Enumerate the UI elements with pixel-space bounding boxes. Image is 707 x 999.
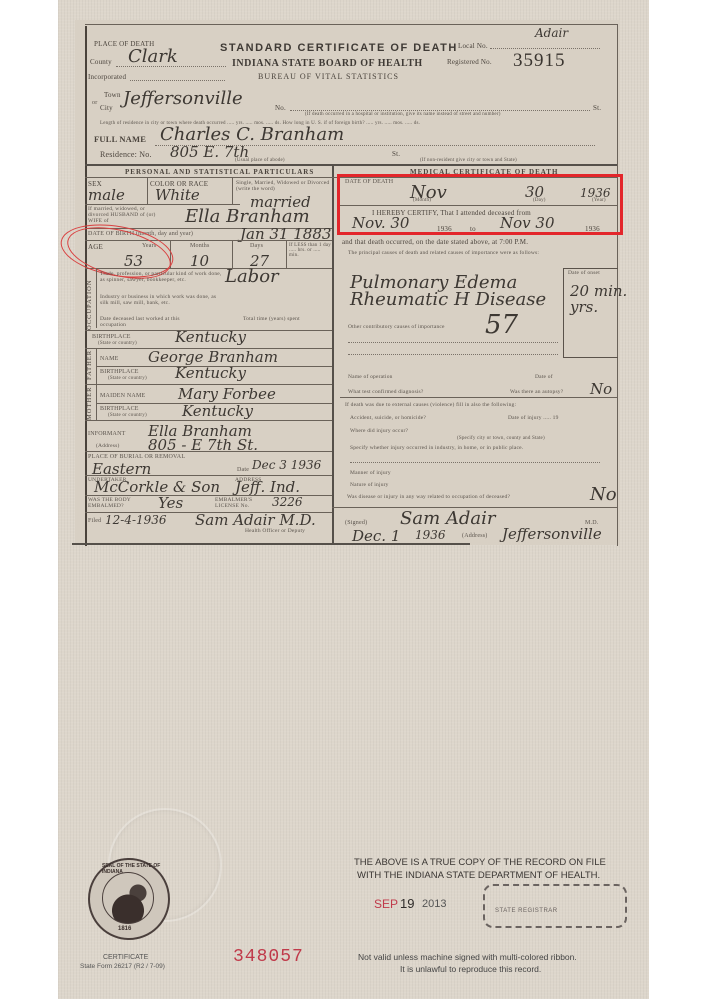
filed-date-value: 12-4-1936 (105, 513, 167, 527)
manner-label: Manner of injury (350, 470, 391, 476)
signed-value: Sam Adair (400, 508, 495, 529)
residence-st-label: St. (392, 150, 400, 158)
onset-label: Date of onset (568, 270, 608, 276)
county-value: Clark (128, 46, 178, 67)
trade-value: Labor (225, 266, 279, 287)
hospital-note: (If death occurred in a hospital or inst… (305, 112, 501, 117)
informant-address-label: (Address) (96, 443, 120, 449)
nature-label: Nature of injury (350, 482, 389, 488)
where-injury-sub: (Specify city or town, county and State) (457, 436, 545, 441)
injury-date-label: Date of injury ..... 19 (508, 415, 559, 421)
residence-label: Residence: No. (100, 150, 152, 159)
occurred-text: and that death occurred, on the date sta… (342, 238, 528, 246)
onset-2-value: yrs. (570, 298, 598, 316)
validity-line-1: Not valid unless machine signed with mul… (358, 952, 577, 962)
father-side-label: FATHER (86, 350, 93, 380)
trade-label: Trade, profession, or particular kind of… (100, 271, 225, 283)
mother-maiden-value: Mary Forbee (178, 385, 276, 403)
birthplace-sub-label: (State or country) (98, 341, 137, 346)
external-causes-label: If death was due to external causes (vio… (345, 402, 516, 408)
birthplace-value: Kentucky (175, 328, 246, 346)
total-time-label: Total time (years) spent (243, 316, 323, 322)
mother-birthplace-label: BIRTHPLACE (100, 406, 139, 412)
burial-date-value: Dec 3 1936 (252, 458, 321, 472)
state-registrar-stamp: STATE REGISTRAR (483, 884, 627, 928)
spouse-value: Ella Branham (185, 206, 310, 227)
street-no-label: No. (275, 104, 286, 112)
accident-label: Accident, suicide, or homicide? (350, 415, 426, 421)
true-copy-line-2: WITH THE INDIANA STATE DEPARTMENT OF HEA… (357, 870, 600, 881)
center-divider (332, 164, 334, 544)
date-last-worked-label: Date deceased last worked at this occupa… (100, 316, 190, 328)
city-value: Jeffersonville (123, 88, 243, 109)
signed-address-label: (Address) (462, 533, 487, 539)
issue-date-month: SEP (374, 897, 398, 911)
seal-emblem-icon (102, 872, 154, 924)
test-label: What test confirmed diagnosis? (348, 389, 424, 395)
form-bottom-border (72, 543, 470, 545)
full-name-label: FULL NAME (94, 134, 146, 144)
marital-status-label: Single, Married, Widowed or Divorced (wr… (236, 180, 331, 192)
autopsy-label: Was there an autopsy? (510, 389, 563, 395)
occupation-side-label: OCCUPATION (86, 279, 93, 330)
seal-ring-text: SEAL OF THE STATE OF INDIANA (102, 863, 168, 875)
certificate-label: CERTIFICATE (103, 954, 148, 961)
city-label: City (100, 104, 113, 112)
health-officer-label: Health Officer or Deputy (245, 528, 305, 534)
town-label: Town (104, 91, 121, 99)
sex-value: male (88, 186, 125, 204)
registered-no-value: 35915 (513, 50, 566, 72)
board-of-health-title: INDIANA STATE BOARD OF HEALTH (232, 58, 423, 69)
embalmed-label: WAS THE BODY EMBALMED? (88, 497, 148, 509)
undertaker-address-value: Jeff. Ind. (235, 478, 300, 496)
mother-birthplace-value: Kentucky (182, 402, 253, 420)
certificate-number: 348057 (233, 947, 304, 967)
usual-abode-note: (Usual place of abode) (235, 158, 285, 163)
bureau-title: BUREAU OF VITAL STATISTICS (258, 72, 399, 81)
operation-date-label: Date of (535, 374, 553, 380)
specify-injury-label: Specify whether injury occurred in indus… (350, 445, 523, 451)
date-of-death-highlight-box (337, 174, 623, 235)
informant-label: INFORMANT (88, 431, 125, 437)
validity-line-2: It is unlawful to reproduce this record. (400, 964, 541, 974)
embalmed-value: Yes (158, 494, 183, 512)
autopsy-value: No (590, 380, 612, 398)
personal-section-title: PERSONAL AND STATISTICAL PARTICULARS (125, 168, 314, 176)
occupation-related-label: Was disease or injury in any way related… (347, 494, 510, 500)
occupation-related-value: No (590, 484, 617, 505)
state-form-label: State Form 26217 (R2 / 7-09) (80, 963, 165, 970)
age-days-label: Days (250, 243, 263, 249)
true-copy-line-1: THE ABOVE IS A TRUE COPY OF THE RECORD O… (354, 857, 606, 868)
where-injury-label: Where did injury occur? (350, 428, 408, 434)
seal-year: 1816 (118, 926, 131, 932)
contributory-value: 57 (485, 310, 518, 340)
operation-label: Name of operation (348, 374, 393, 380)
filed-by-value: Sam Adair M.D. (195, 511, 316, 529)
industry-label: Industry or business in which work was d… (100, 294, 225, 306)
mother-maiden-label: MAIDEN NAME (100, 393, 145, 399)
certificate-title: STANDARD CERTIFICATE OF DEATH (220, 42, 458, 54)
embalmer-license-value: 3226 (272, 495, 303, 509)
issue-date-day: 19 (400, 896, 414, 911)
birthplace-label: BIRTHPLACE (92, 334, 131, 340)
spouse-label: If married, widowed, or divorced HUSBAND… (88, 206, 163, 224)
nonresident-note: (If non-resident give city or town and S… (420, 158, 517, 163)
county-label: County (90, 58, 112, 66)
mother-birthplace-sub: (State or country) (108, 413, 147, 418)
cause-2-value: Rheumatic H Disease (350, 289, 546, 310)
indiana-state-seal: SEAL OF THE STATE OF INDIANA 1816 (88, 858, 170, 940)
father-birthplace-sub: (State or country) (108, 376, 147, 381)
registered-no-label: Registered No. (447, 58, 492, 66)
signed-date-value: Dec. 1 (352, 527, 400, 545)
father-birthplace-label: BIRTHPLACE (100, 369, 139, 375)
signed-year-value: 1936 (415, 528, 446, 542)
embalmer-license-label: EMBALMER'S LICENSE No. (215, 497, 270, 509)
burial-date-label: Date (237, 467, 249, 473)
age-months-label: Months (190, 243, 210, 249)
issue-date-year: 2013 (422, 898, 446, 910)
signed-address-value: Jeffersonville (502, 525, 602, 543)
father-name-label: NAME (100, 356, 118, 362)
local-no-value: Adair (535, 26, 568, 40)
signed-label: (Signed) (345, 520, 367, 526)
less-than-day-label: If LESS than 1 day ..... hrs. or ..... m… (289, 243, 331, 258)
street-st-label: St. (593, 104, 601, 112)
local-no-label: Local No. (458, 42, 488, 50)
filed-label: Filed (88, 518, 101, 524)
stamp-label: STATE REGISTRAR (495, 908, 558, 914)
color-race-value: White (155, 186, 200, 204)
father-birthplace-value: Kentucky (175, 364, 246, 382)
incorporated-label: Incorporated (88, 73, 126, 81)
full-name-value: Charles C. Branham (160, 124, 344, 145)
form-top-border (85, 24, 617, 25)
contributory-label: Other contributory causes of importance (348, 324, 445, 330)
causes-label: The principal causes of death and relate… (348, 250, 578, 256)
mother-side-label: MOTHER (86, 387, 93, 420)
or-label: or (92, 100, 97, 106)
